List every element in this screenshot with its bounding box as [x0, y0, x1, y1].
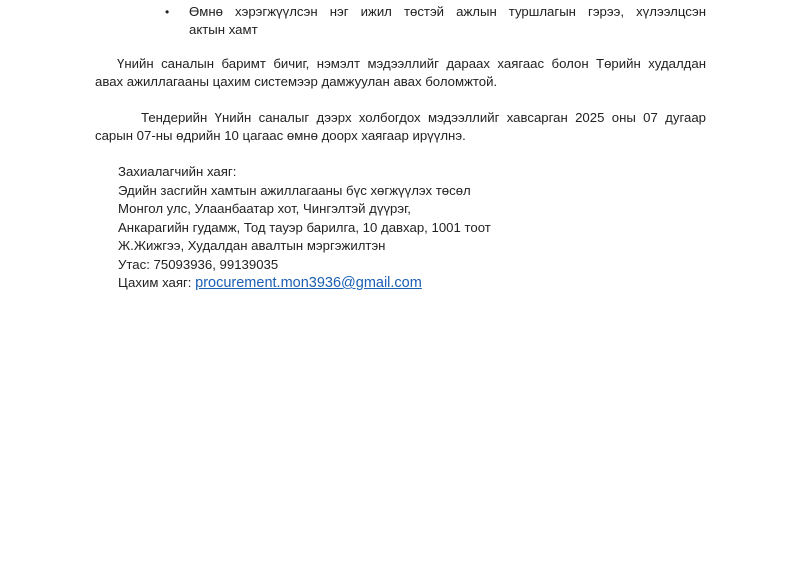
customer-address-block: Захиалагчийн хаяг: Эдийн засгийн хамтын … — [118, 163, 618, 293]
bullet-dot-icon: • — [165, 3, 181, 21]
address-phone: Утас: 75093936, 99139035 — [118, 256, 618, 275]
address-contact-person: Ж.Жижгээ, Худалдан авалтын мэргэжилтэн — [118, 237, 618, 256]
bullet-text-line: Өмнө хэрэгжүүлсэн нэг ижил төстэй ажлын … — [189, 3, 706, 21]
email-label: Цахим хаяг: — [118, 275, 195, 290]
address-heading: Захиалагчийн хаяг: — [118, 163, 618, 182]
paragraph-submission-deadline: Тендерийн Үнийн саналыг дээрх холбогдох … — [95, 109, 706, 145]
document-page: • Өмнө хэрэгжүүлсэн нэг ижил төстэй ажлы… — [0, 0, 800, 570]
paragraph-line: Тендерийн Үнийн саналыг дээрх холбогдох … — [95, 109, 706, 127]
email-link[interactable]: procurement.mon3936@gmail.com — [195, 275, 422, 291]
paragraph-documents-availability: Үнийн саналын баримт бичиг, нэмэлт мэдээ… — [95, 55, 706, 91]
bullet-text: Өмнө хэрэгжүүлсэн нэг ижил төстэй ажлын … — [189, 3, 706, 39]
paragraph-line: Үнийн саналын баримт бичиг, нэмэлт мэдээ… — [95, 55, 706, 73]
address-street: Анкарагийн гудамж, Тод тауэр барилга, 10… — [118, 219, 618, 238]
address-city: Монгол улс, Улаанбаатар хот, Чингэлтэй д… — [118, 200, 618, 219]
address-email-line: Цахим хаяг: procurement.mon3936@gmail.co… — [118, 274, 618, 293]
address-organization: Эдийн засгийн хамтын ажиллагааны бүс хөг… — [118, 182, 618, 201]
paragraph-line: авах ажиллагааны цахим системээр дамжуул… — [95, 73, 706, 91]
paragraph-line: сарын 07-ны өдрийн 10 цагаас өмнө доорх … — [95, 127, 706, 145]
bullet-text-line: актын хамт — [189, 21, 706, 39]
